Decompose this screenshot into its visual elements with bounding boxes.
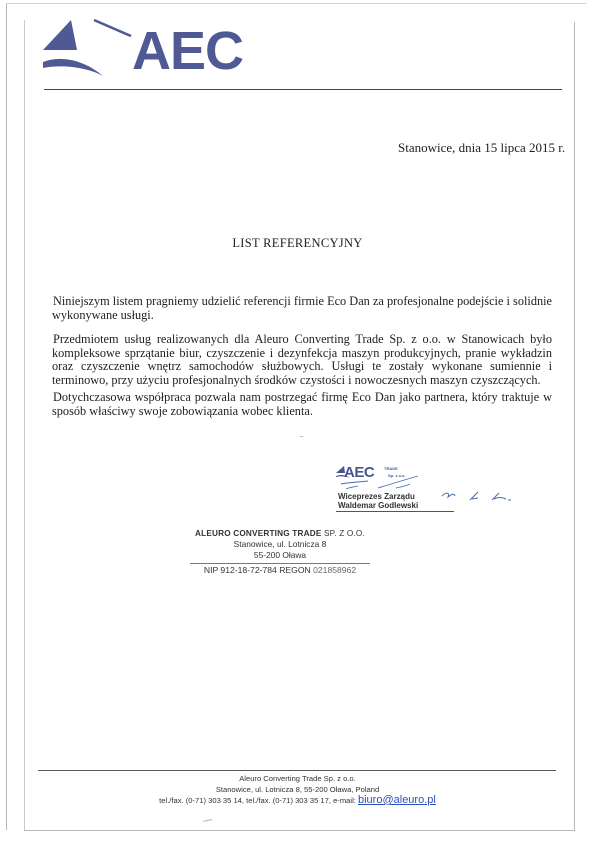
aec-logo: AEC (43, 18, 243, 76)
paragraph-2: Przedmiotem usług realizowanych dla Aleu… (52, 333, 552, 387)
scan-edge-left-inner (24, 20, 25, 830)
footer-contact-line: tel./fax. (0-71) 303 35 14, tel./fax. (0… (0, 795, 595, 807)
paragraph-3: Dotychczasowa współpraca pozwala nam pos… (52, 391, 552, 418)
company-stamp-rule (190, 563, 370, 564)
company-stamp-name: ALEURO CONVERTING TRADE SP. Z O.O. (190, 528, 370, 539)
footer-rule (38, 770, 556, 771)
company-stamp-nip: NIP 912-18-72-784 REGON (204, 565, 311, 575)
signatory-role: Wiceprezes Zarządu (338, 492, 418, 501)
signature-block: AEC TRADE Sp. z o.o. Wiceprezes Zarządu … (336, 462, 526, 512)
signatory-name: Waldemar Godlewski (338, 501, 418, 510)
footer: Aleuro Converting Trade Sp. z o.o. Stano… (0, 774, 595, 807)
scan-edge-right (574, 22, 575, 830)
company-stamp-street: Stanowice, ul. Lotnicza 8 (190, 539, 370, 550)
scan-speck (203, 819, 212, 822)
scan-edge-bottom (24, 830, 575, 831)
header-rule (44, 89, 562, 90)
footer-address: Stanowice, ul. Lotnicza 8, 55-200 Oława,… (0, 785, 595, 796)
scan-edge-left-outer (6, 4, 7, 830)
scan-edge-top (6, 3, 586, 4)
signature-rule (336, 511, 454, 512)
paragraph-1: Niniejszym listem pragniemy udzielić ref… (52, 295, 552, 322)
company-stamp-regon: 021858962 (313, 565, 356, 575)
sail-icon (43, 18, 143, 76)
company-stamp-name-bold: ALEURO CONVERTING TRADE (195, 529, 322, 538)
company-stamp: ALEURO CONVERTING TRADE SP. Z O.O. Stano… (190, 528, 370, 576)
footer-company: Aleuro Converting Trade Sp. z o.o. (0, 774, 595, 785)
footer-email-link[interactable]: biuro@aleuro.pl (358, 794, 436, 806)
signatory: Wiceprezes Zarządu Waldemar Godlewski (338, 492, 418, 510)
footer-contact: tel./fax. (0-71) 303 35 14, tel./fax. (0… (159, 796, 356, 805)
letter-title: LIST REFERENCYJNY (0, 236, 595, 251)
company-stamp-name-suffix: SP. Z O.O. (324, 529, 365, 538)
date-line: Stanowice, dnia 15 lipca 2015 r. (398, 140, 565, 156)
scan-speck (300, 436, 303, 437)
company-stamp-ids: NIP 912-18-72-784 REGON 021858962 (190, 565, 370, 576)
logo-text: AEC (132, 24, 243, 78)
company-stamp-city: 55-200 Oława (190, 550, 370, 561)
